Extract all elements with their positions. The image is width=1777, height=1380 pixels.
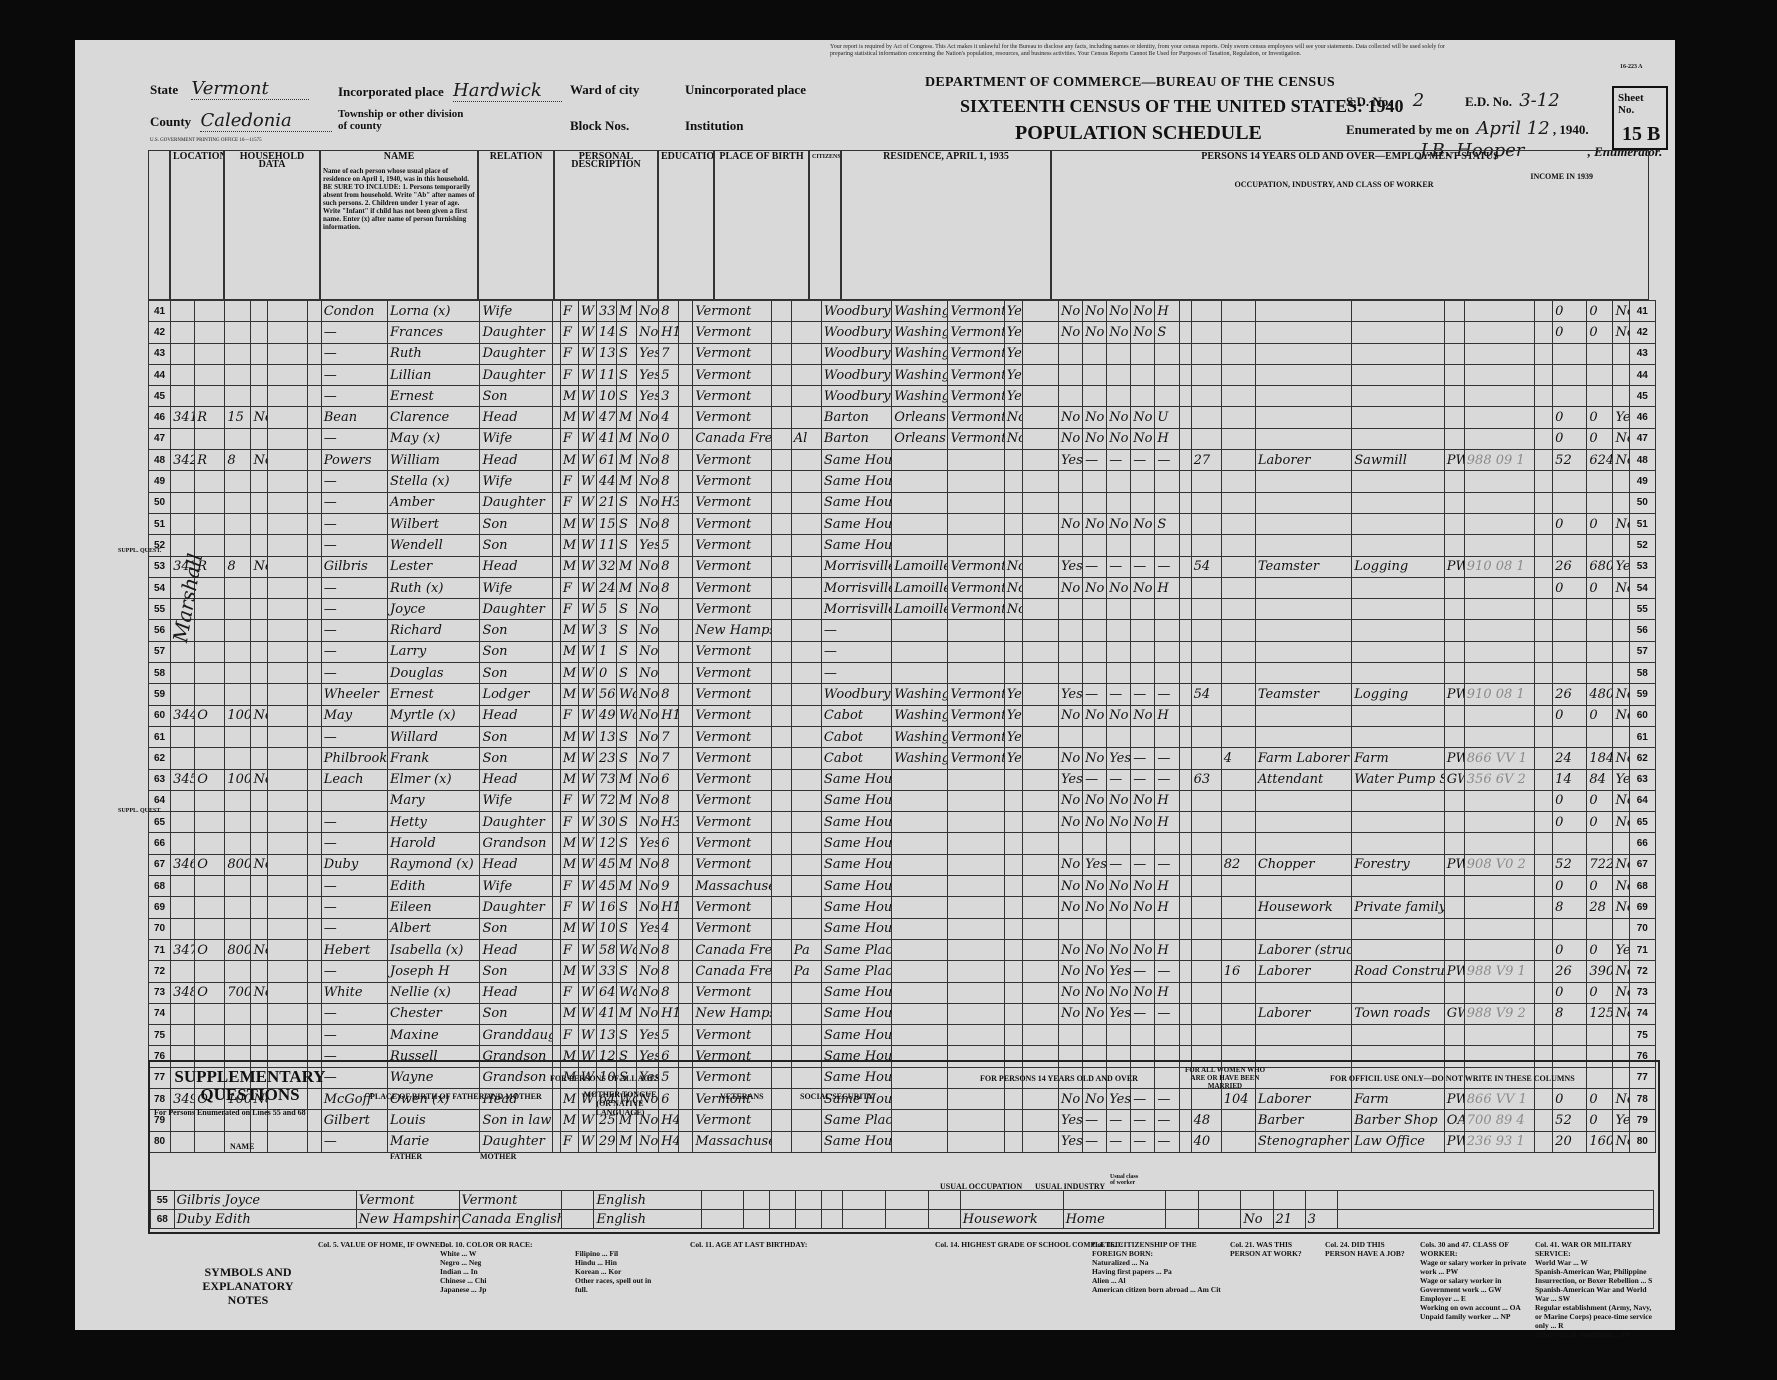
cell-blank (307, 386, 321, 407)
cell-marital: M (617, 1003, 637, 1024)
cell-grade: 6 (659, 833, 679, 854)
cell-c23: No (1107, 577, 1131, 598)
cell-c22: No (1083, 513, 1107, 534)
cell-res-state (948, 450, 1004, 471)
cell-blank (679, 407, 693, 428)
cell-tenure (195, 833, 225, 854)
cell-tenure (195, 663, 225, 684)
cell-value (225, 833, 251, 854)
cell-farm (251, 833, 267, 854)
household-title: HOUSEHOLD DATA (240, 151, 304, 170)
cell-school: No (637, 620, 659, 641)
cell-ind (1352, 343, 1444, 364)
cell-ind: Sawmill (1352, 450, 1444, 471)
cell-school: No (637, 790, 659, 811)
cell-line: 59 (1629, 684, 1656, 705)
cell-birthplace: Canada French (693, 961, 771, 982)
cell-blank (307, 833, 321, 854)
cell-marital: M (617, 769, 637, 790)
cell-res-state: Vermont (948, 705, 1004, 726)
cell-blank (267, 854, 307, 875)
cell-ind (1352, 322, 1444, 343)
cell-c27 (1221, 513, 1255, 534)
cell-blank (267, 897, 307, 918)
cell-surname: — (321, 428, 387, 449)
cell-tenure: O (195, 769, 225, 790)
cell-c25: H (1155, 428, 1179, 449)
cell-wages: 0 (1587, 812, 1613, 833)
cell-tenure (195, 343, 225, 364)
cell-c22: No (1083, 407, 1107, 428)
cell-surname: — (321, 961, 387, 982)
table-row: 41CondonLorna (x)WifeFW33MNo8VermontWood… (149, 301, 1656, 322)
cell-birthplace: Vermont (693, 918, 771, 939)
cell-relation: Daughter (480, 599, 552, 620)
cell-blank (307, 961, 321, 982)
relation-header: RELATION (478, 150, 554, 300)
suppl-quest-marker-55: SUPPL. QUEST. (118, 548, 161, 554)
sheet-value: 15 B (1622, 123, 1660, 146)
cell-blank (552, 343, 560, 364)
cell-res-state: Vermont (948, 556, 1004, 577)
supp-col-usual-class: Usual class of worker (1110, 1174, 1140, 1186)
cell-tenure (195, 726, 225, 747)
cell-blank (679, 897, 693, 918)
cell-tenure (195, 812, 225, 833)
cell-code: 910 08 1 (1464, 556, 1534, 577)
cell-blank (307, 301, 321, 322)
cell-line: 75 (149, 1025, 171, 1046)
cell-farm (251, 663, 267, 684)
cell-blank (1535, 556, 1553, 577)
cell-res-county (892, 833, 948, 854)
cell-res-city: Same House (821, 492, 891, 513)
cell-res-state: Vermont (948, 577, 1004, 598)
cell-code (1464, 364, 1534, 385)
state-field: State Vermont (150, 78, 309, 99)
cell-cls (1444, 833, 1464, 854)
cell-blank (771, 961, 791, 982)
cell-sex: M (560, 854, 578, 875)
cell-tenure (195, 492, 225, 513)
table-row: 43—RuthDaughterFW13SYes7VermontWoodburyW… (149, 343, 1656, 364)
supp-cell-father: New Hampshire (356, 1210, 459, 1229)
cell-res-city: Morrisville (821, 556, 891, 577)
cell-given: Ernest (388, 386, 480, 407)
cell-res-farm: No (1004, 577, 1022, 598)
cell-farm (251, 1003, 267, 1024)
cell-school: No (637, 769, 659, 790)
cell-cit (791, 663, 821, 684)
cell-c26 (1191, 854, 1221, 875)
cell-c23: Yes (1107, 961, 1131, 982)
cell-c23: No (1107, 982, 1131, 1003)
cell-other (1613, 471, 1629, 492)
cell-tenure (195, 322, 225, 343)
cell-occ (1255, 577, 1351, 598)
table-row: 74—ChesterSonMW41MNoH1New HampshireSame … (149, 1003, 1656, 1024)
cell-line: 44 (149, 364, 171, 385)
cell-c25 (1155, 620, 1179, 641)
state-value: Vermont (191, 78, 308, 100)
cell-blank (1022, 450, 1058, 471)
cell-race: W (578, 663, 596, 684)
cell-marital: S (617, 343, 637, 364)
cell-blank (771, 1025, 791, 1046)
cell-surname: — (321, 513, 387, 534)
cell-grade: 7 (659, 748, 679, 769)
cell-c27 (1221, 790, 1255, 811)
cell-blank (679, 428, 693, 449)
cell-line: 73 (149, 982, 171, 1003)
cell-school: No (637, 726, 659, 747)
cell-age: 13 (596, 1025, 616, 1046)
cell-surname: White (321, 982, 387, 1003)
cell-visit: 347 (171, 939, 195, 960)
cell-blank (679, 705, 693, 726)
supp-cell-father: Vermont (356, 1191, 459, 1210)
cell-c25 (1155, 663, 1179, 684)
cell-surname: — (321, 876, 387, 897)
cell-given: Elmer (x) (388, 769, 480, 790)
cell-ind (1352, 663, 1444, 684)
race-code: Other races, spell out in full. (575, 1276, 665, 1294)
cell-res-city: Same Place (821, 961, 891, 982)
cell-grade (659, 641, 679, 662)
cell-res-farm (1004, 918, 1022, 939)
cell-weeks: 0 (1553, 428, 1587, 449)
cell-c25: H (1155, 790, 1179, 811)
cell-birthplace: Vermont (693, 790, 771, 811)
cell-visit (171, 748, 195, 769)
cell-blank (679, 343, 693, 364)
cell-cls (1444, 812, 1464, 833)
cell-birthplace: Vermont (693, 471, 771, 492)
cell-ind (1352, 726, 1444, 747)
occupation-title: OCCUPATION, INDUSTRY, AND CLASS OF WORKE… (1224, 181, 1444, 189)
cell-line: 47 (1629, 428, 1656, 449)
cell-blank (771, 918, 791, 939)
cell-c24 (1131, 599, 1155, 620)
cell-farm: No (251, 407, 267, 428)
cell-res-state (948, 663, 1004, 684)
cell-ind (1352, 620, 1444, 641)
cell-blank (679, 641, 693, 662)
cell-c25 (1155, 471, 1179, 492)
cell-cit (791, 1025, 821, 1046)
cell-res-state (948, 790, 1004, 811)
cell-tenure (195, 471, 225, 492)
cell-line: 53 (149, 556, 171, 577)
supp-cell-tongue: English (594, 1210, 701, 1229)
note-col16: Col. 16. CITIZENSHIP OF THE FOREIGN BORN… (1092, 1240, 1222, 1294)
cell-relation: Daughter (480, 322, 552, 343)
cell-blank (771, 322, 791, 343)
cell-c23 (1107, 386, 1131, 407)
race-code: Filipino ... Fil (575, 1249, 665, 1258)
cell-other: No (1613, 513, 1629, 534)
cell-res-farm: Yes (1004, 322, 1022, 343)
cell-c25: U (1155, 407, 1179, 428)
cell-c25 (1155, 343, 1179, 364)
cell-sex: M (560, 918, 578, 939)
citizenship-header: CITIZENSHIP (809, 150, 841, 300)
cell-sex: F (560, 428, 578, 449)
county-field: County Caledonia (150, 110, 332, 131)
note-col11: Col. 11. AGE AT LAST BIRTHDAY: (690, 1240, 807, 1249)
cell-wages: 0 (1587, 301, 1613, 322)
cell-c23: — (1107, 769, 1131, 790)
name-header: NAMEName of each person whose usual plac… (320, 150, 478, 300)
cell-weeks: 0 (1553, 301, 1587, 322)
cell-visit (171, 1003, 195, 1024)
cell-res-city: Same Place (821, 939, 891, 960)
cell-wages: 125 (1587, 1003, 1613, 1024)
supplementary-title: SUPPLEMENTARY QUESTIONS (160, 1068, 340, 1104)
cell-age: 3 (596, 620, 616, 641)
cell-blank (1179, 1003, 1191, 1024)
cell-cit (791, 492, 821, 513)
cell-grade: 5 (659, 535, 679, 556)
cell-other (1613, 364, 1629, 385)
cell-marital: S (617, 513, 637, 534)
cell-race: W (578, 364, 596, 385)
cell-cls: PW (1444, 854, 1464, 875)
cell-farm (251, 599, 267, 620)
cell-occ (1255, 790, 1351, 811)
cell-res-city: Same House (821, 535, 891, 556)
cell-age: 33 (596, 301, 616, 322)
cell-c26 (1191, 641, 1221, 662)
cell-other (1613, 726, 1629, 747)
cell-value (225, 641, 251, 662)
birth-title: PLACE OF BIRTH (719, 151, 803, 162)
cell-blank (1179, 556, 1191, 577)
cell-given: Isabella (x) (388, 939, 480, 960)
cell-grade: 5 (659, 364, 679, 385)
cell-cit (791, 386, 821, 407)
cell-race: W (578, 322, 596, 343)
cell-relation: Son (480, 918, 552, 939)
cell-blank (307, 343, 321, 364)
cell-c23: No (1107, 705, 1131, 726)
cell-c21 (1058, 1025, 1082, 1046)
cell-wages (1587, 663, 1613, 684)
cell-birthplace: Vermont (693, 641, 771, 662)
cell-c26 (1191, 535, 1221, 556)
cell-c24 (1131, 535, 1155, 556)
cell-occ (1255, 599, 1351, 620)
cell-given: Mary (388, 790, 480, 811)
cell-res-county (892, 1003, 948, 1024)
cell-school: No (637, 663, 659, 684)
cell-blank (771, 428, 791, 449)
cell-cls (1444, 599, 1464, 620)
cell-ind (1352, 833, 1444, 854)
cell-blank (552, 833, 560, 854)
cell-line: 57 (149, 641, 171, 662)
cell-given: Ruth (x) (388, 577, 480, 598)
table-row: 75—MaxineGranddaughterFW13SYes5VermontSa… (149, 1025, 1656, 1046)
cell-blank (552, 769, 560, 790)
cell-marital: S (617, 726, 637, 747)
cell-grade: 8 (659, 790, 679, 811)
cell-res-state: Vermont (948, 726, 1004, 747)
cell-age: 16 (596, 897, 616, 918)
cell-blank (928, 1191, 960, 1210)
cell-sex: F (560, 343, 578, 364)
cell-res-farm (1004, 939, 1022, 960)
cell-value: 8 (225, 450, 251, 471)
cell-race: W (578, 833, 596, 854)
cell-c25: — (1155, 450, 1179, 471)
cell-code (1464, 407, 1534, 428)
cell-res-county: Washington (892, 301, 948, 322)
cell-line: 74 (1629, 1003, 1656, 1024)
cell-given: Edith (388, 876, 480, 897)
cell-c23: No (1107, 790, 1131, 811)
cell-res-state: Vermont (948, 684, 1004, 705)
cell-line: 45 (149, 386, 171, 407)
cell-res-city: Woodbury (821, 301, 891, 322)
cell-sex: M (560, 386, 578, 407)
cell-blank (552, 577, 560, 598)
worker-code: Working on own account ... OA (1420, 1303, 1530, 1312)
cell-surname (321, 790, 387, 811)
cell-occ (1255, 876, 1351, 897)
population-table: 41CondonLorna (x)WifeFW33MNo8VermontWood… (148, 300, 1656, 1153)
cell-value (225, 748, 251, 769)
supp-col-father: FATHER (390, 1152, 422, 1161)
cell-wages (1587, 535, 1613, 556)
cell-blank (1179, 663, 1191, 684)
cell-blank (795, 1210, 821, 1229)
cell-blank (307, 897, 321, 918)
cell-c24 (1131, 386, 1155, 407)
cell-c21 (1058, 641, 1082, 662)
cell-age: 15 (596, 513, 616, 534)
cell-marital: S (617, 386, 637, 407)
supp-cell-married-once: No (1241, 1210, 1273, 1229)
cell-race: W (578, 471, 596, 492)
cell-blank (1179, 428, 1191, 449)
cell-cit (791, 620, 821, 641)
cell-c22 (1083, 471, 1107, 492)
women-title: FOR ALL WOMEN WHO ARE OR HAVE BEEN MARRI… (1180, 1066, 1270, 1090)
cell-cls (1444, 386, 1464, 407)
table-row: 51—WilbertSonMW15SNo8VermontSame HouseNo… (149, 513, 1656, 534)
cell-cit (791, 876, 821, 897)
cell-surname: — (321, 599, 387, 620)
cell-res-county (892, 897, 948, 918)
cell-line: 53 (1629, 556, 1656, 577)
cell-school: No (637, 428, 659, 449)
cell-wages (1587, 641, 1613, 662)
cell-c25: H (1155, 939, 1179, 960)
cell-c22: No (1083, 1003, 1107, 1024)
cell-ind: Logging (1352, 556, 1444, 577)
table-row: 50—AmberDaughterFW21SNoH3VermontSame Hou… (149, 492, 1656, 513)
cell-blank (771, 450, 791, 471)
cell-res-state (948, 833, 1004, 854)
cell-blank (552, 301, 560, 322)
cell-occ (1255, 364, 1351, 385)
cell-wages (1587, 1025, 1613, 1046)
cell-birthplace: Vermont (693, 1025, 771, 1046)
cell-blank (307, 854, 321, 875)
cell-code: 988 V9 1 (1464, 961, 1534, 982)
cell-other (1613, 599, 1629, 620)
cell-blank (771, 812, 791, 833)
worker-code: Employer ... E (1420, 1294, 1530, 1303)
cell-blank (1535, 577, 1553, 598)
cell-res-city: Same House (821, 982, 891, 1003)
cell-c22 (1083, 535, 1107, 556)
cell-occ (1255, 301, 1351, 322)
cell-cit (791, 513, 821, 534)
cell-occ (1255, 322, 1351, 343)
cell-c22 (1083, 599, 1107, 620)
cell-code: 910 08 1 (1464, 684, 1534, 705)
cell-line: 64 (1629, 790, 1656, 811)
cell-line: 66 (149, 833, 171, 854)
cell-relation: Head (480, 939, 552, 960)
cell-c27 (1221, 471, 1255, 492)
over-14-title: FOR PERSONS 14 YEARS OLD AND OVER (980, 1074, 1138, 1083)
cell-blank (1535, 790, 1553, 811)
cell-age: 33 (596, 961, 616, 982)
cell-school: Yes (637, 833, 659, 854)
cell-grade: H1 (659, 1003, 679, 1024)
cell-blank (842, 1210, 885, 1229)
cell-c24 (1131, 343, 1155, 364)
cell-c21: No (1058, 812, 1082, 833)
cell-blank (1535, 1003, 1553, 1024)
cell-res-city: Woodbury (821, 343, 891, 364)
cell-c22 (1083, 386, 1107, 407)
supp-col-name: NAME (230, 1142, 254, 1151)
cell-res-city: Barton (821, 428, 891, 449)
cell-farm (251, 961, 267, 982)
cell-blank (307, 641, 321, 662)
cell-blank (1535, 663, 1553, 684)
cell-given: Joseph H (388, 961, 480, 982)
cell-grade: 3 (659, 386, 679, 407)
cell-c22: No (1083, 961, 1107, 982)
cell-school: No (637, 748, 659, 769)
cell-res-state: Vermont (948, 428, 1004, 449)
note-col21: Col. 21. WAS THIS PERSON AT WORK? (1230, 1240, 1320, 1258)
cell-blank (267, 322, 307, 343)
cell-res-farm (1004, 663, 1022, 684)
cell-c26 (1191, 364, 1221, 385)
cell-tenure (195, 599, 225, 620)
cell-tenure (195, 386, 225, 407)
cell-c27 (1221, 982, 1255, 1003)
cell-res-state (948, 492, 1004, 513)
cell-blank (679, 769, 693, 790)
cell-blank (1535, 918, 1553, 939)
cell-blank (679, 513, 693, 534)
cell-line: 52 (1629, 535, 1656, 556)
cell-c24: No (1131, 790, 1155, 811)
cell-cit (791, 833, 821, 854)
cell-birthplace: New Hampshire (693, 620, 771, 641)
cell-birthplace: Vermont (693, 812, 771, 833)
cell-ind (1352, 812, 1444, 833)
cell-c23: No (1107, 812, 1131, 833)
cell-birthplace: Vermont (693, 833, 771, 854)
